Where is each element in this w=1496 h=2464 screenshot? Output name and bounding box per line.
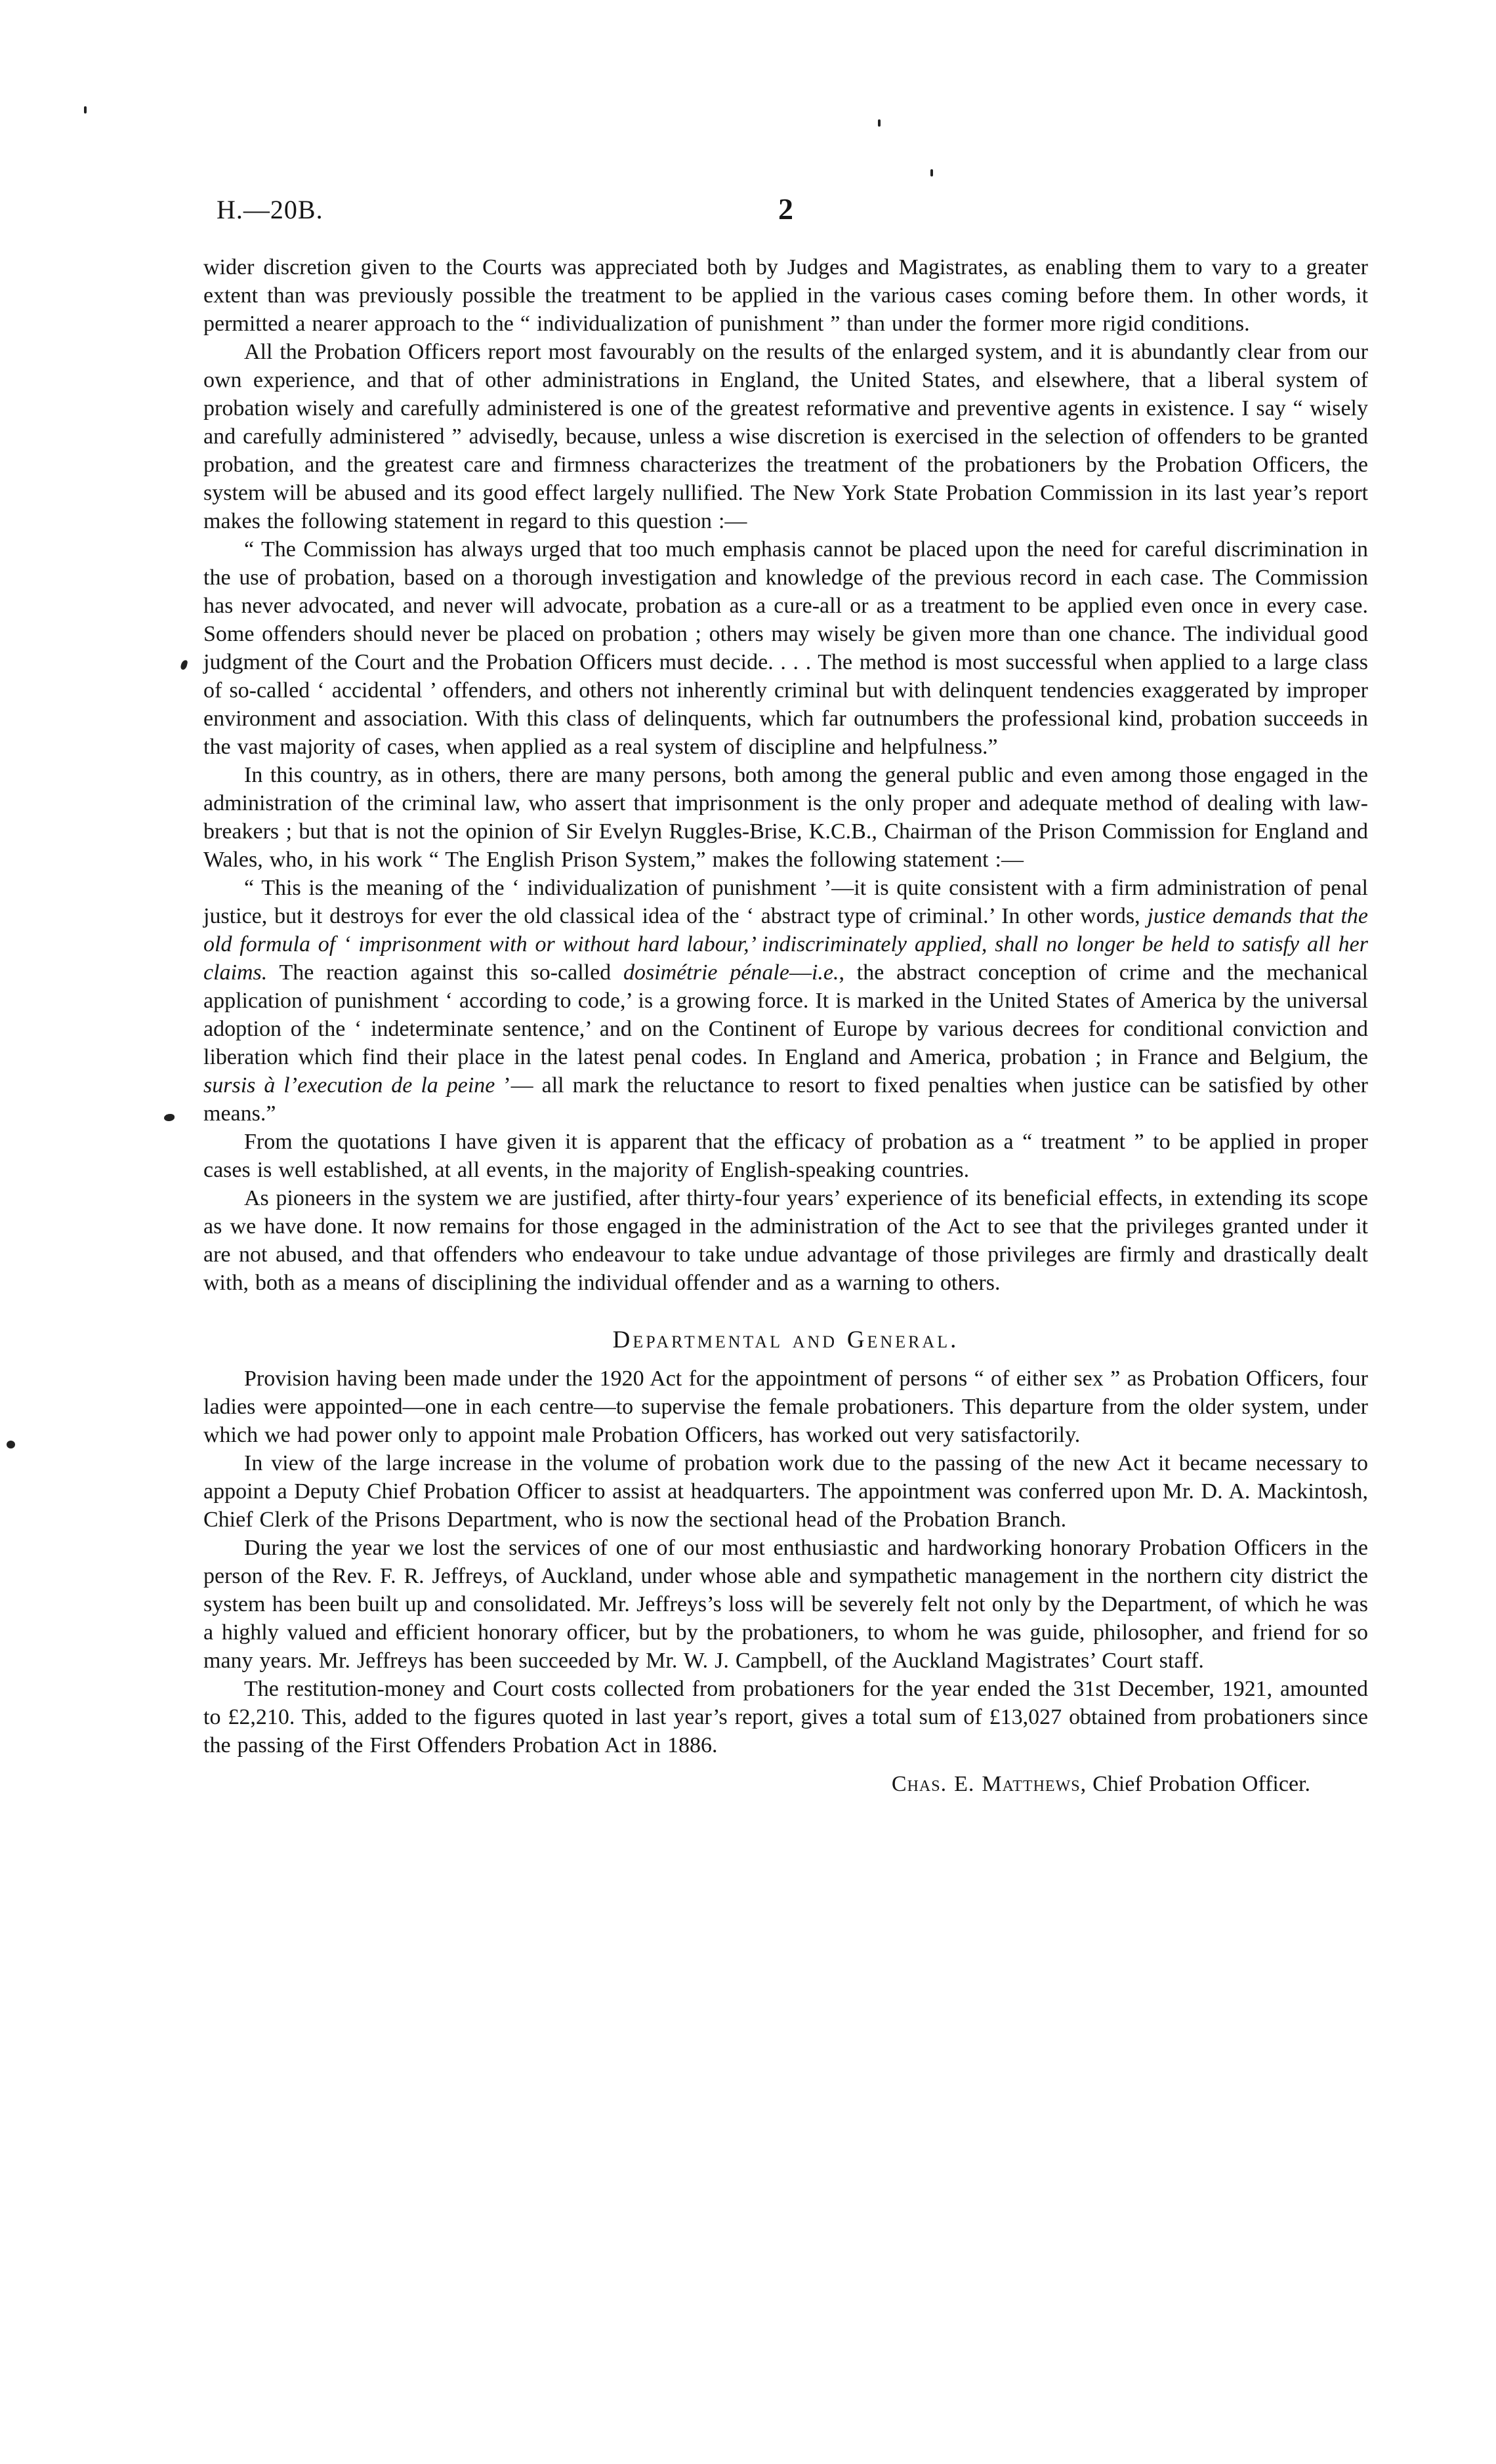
- scan-artifact-comma: [180, 659, 188, 670]
- text-run: All the Probation Officers report most f…: [203, 340, 1368, 533]
- text-run: In view of the large increase in the vol…: [203, 1451, 1368, 1532]
- paragraph: Provision having been made under the 192…: [203, 1365, 1368, 1449]
- text-run: —: [789, 960, 812, 985]
- text-run: wider discretion given to the Courts was…: [203, 255, 1368, 336]
- paragraph: “ This is the meaning of the ‘ individua…: [203, 874, 1368, 1128]
- paragraph: wider discretion given to the Courts was…: [203, 253, 1368, 338]
- text-run: Provision having been made under the 192…: [203, 1366, 1368, 1447]
- scan-artifact-blob: [164, 1114, 175, 1121]
- italic-run: i.e.: [812, 960, 839, 985]
- text-run: As pioneers in the system we are justifi…: [203, 1186, 1368, 1295]
- text-run: The restitution-money and Court costs co…: [203, 1677, 1368, 1757]
- signature-title: , Chief Probation Officer.: [1081, 1772, 1310, 1796]
- text-run: During the year we lost the services of …: [203, 1536, 1368, 1673]
- paragraph: The restitution-money and Court costs co…: [203, 1675, 1368, 1759]
- scan-artifact-speck: [930, 169, 933, 176]
- page-number: 2: [203, 192, 1368, 226]
- scan-artifact-speck: [84, 106, 87, 113]
- italic-run: sursis à l’execution de la peine: [203, 1073, 495, 1098]
- scanned-report-page: H.—20B. 2 wider discretion given to the …: [0, 0, 1496, 2464]
- paragraph: From the quotations I have given it is a…: [203, 1128, 1368, 1184]
- text-run: In this country, as in others, there are…: [203, 763, 1368, 872]
- paragraph: In this country, as in others, there are…: [203, 761, 1368, 874]
- section-heading: Departmental and General.: [203, 1326, 1368, 1354]
- signature: Chas. E. Matthews, Chief Probation Offic…: [203, 1770, 1368, 1798]
- paragraph: All the Probation Officers report most f…: [203, 338, 1368, 535]
- paragraph: “ The Commission has always urged that t…: [203, 535, 1368, 761]
- text-run: “ The Commission has always urged that t…: [203, 537, 1368, 759]
- paragraph: In view of the large increase in the vol…: [203, 1449, 1368, 1534]
- text-run: From the quotations I have given it is a…: [203, 1130, 1368, 1182]
- paragraph: During the year we lost the services of …: [203, 1534, 1368, 1675]
- scan-artifact-speck: [878, 119, 881, 127]
- paragraph: As pioneers in the system we are justifi…: [203, 1184, 1368, 1297]
- scan-artifact-dot: [7, 1441, 15, 1448]
- body-text: wider discretion given to the Courts was…: [203, 253, 1368, 1798]
- signature-name: Chas. E. Matthews: [892, 1772, 1081, 1796]
- text-run: The reaction against this so-called: [267, 960, 623, 985]
- running-header: H.—20B. 2: [203, 194, 1368, 227]
- italic-run: dosimétrie pénale: [623, 960, 789, 985]
